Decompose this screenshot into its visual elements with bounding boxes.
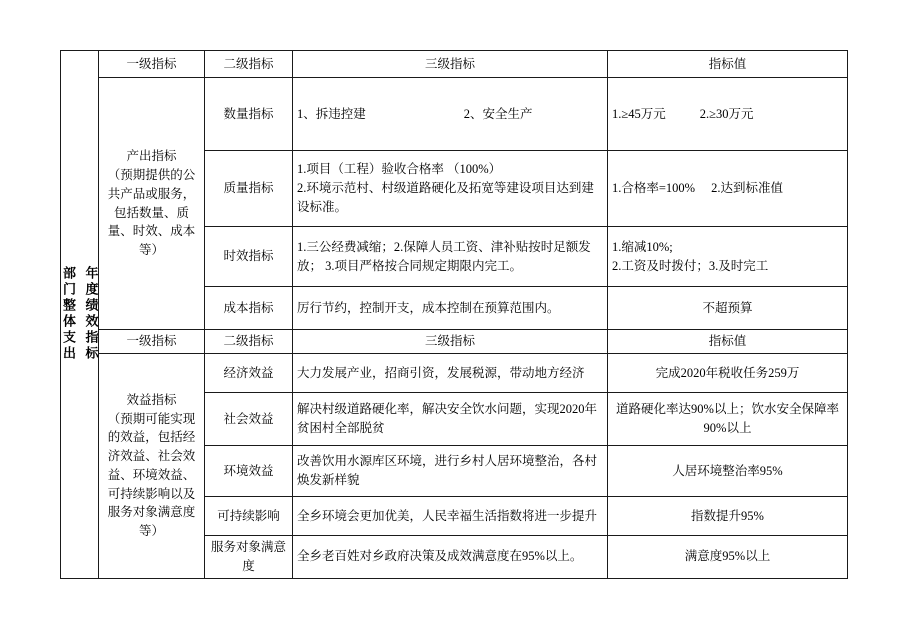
- level2-cell: 经济效益: [205, 354, 293, 393]
- level2-cell: 质量指标: [205, 151, 293, 227]
- indicator-cell: 厉行节约，控制开支，成本控制在预算范围内。: [293, 287, 608, 330]
- value-cell: 1.缩减10%; 2.工资及时拨付；3.及时完工: [608, 227, 848, 287]
- level1-note: （预期提供的公共产品或服务，包括数量、质量、时效、成本等）: [108, 168, 196, 257]
- level2-cell: 数量指标: [205, 78, 293, 151]
- level2-cell: 服务对象满意度: [205, 536, 293, 579]
- level2-cell: 成本指标: [205, 287, 293, 330]
- indicator-cell: 改善饮用水源库区环境，进行乡村人居环境整治，各村焕发新样貌: [293, 446, 608, 497]
- value-cell: 人居环境整治率95%: [608, 446, 848, 497]
- table-header-row: 一级指标 二级指标 三级指标 指标值: [61, 330, 848, 354]
- level1-title: 效益指标: [103, 391, 200, 410]
- side-label-right: 年度绩效指标: [81, 266, 99, 362]
- level1-cell-benefit: 效益指标 （预期可能实现的效益，包括经济效益、社会效益、环境效益、可持续影响以及…: [99, 354, 205, 579]
- table-row: 效益指标 （预期可能实现的效益，包括经济效益、社会效益、环境效益、可持续影响以及…: [61, 354, 848, 393]
- indicator-cell: 1、拆违控建2、安全生产: [293, 78, 608, 151]
- level2-cell: 社会效益: [205, 393, 293, 446]
- header-value: 指标值: [608, 51, 848, 78]
- header-level1: 一级指标: [99, 51, 205, 78]
- indicator-item-2: 2、安全生产: [464, 107, 533, 121]
- level2-cell: 环境效益: [205, 446, 293, 497]
- level1-note: （预期可能实现的效益，包括经济效益、社会效益、环境效益、可持续影响以及服务对象满…: [108, 412, 196, 539]
- document-page: 部门整体支出 年度绩效指标 一级指标 二级指标 三级指标 指标值 产出指标 （预…: [0, 0, 897, 634]
- indicator-cell: 解决村级道路硬化率，解决安全饮水问题，实现2020年贫困村全部脱贫: [293, 393, 608, 446]
- indicator-line-2: 2.环境示范村、村级道路硬化及拓宽等建设项目达到建设标准。: [297, 181, 594, 214]
- value-cell: 指数提升95%: [608, 497, 848, 536]
- side-vertical-label: 部门整体支出 年度绩效指标: [65, 266, 94, 362]
- side-label-left: 部门整体支出: [61, 266, 79, 362]
- value-item-1: 1.合格率=100%: [612, 181, 695, 195]
- table-row: 产出指标 （预期提供的公共产品或服务，包括数量、质量、时效、成本等） 数量指标 …: [61, 78, 848, 151]
- header-level1: 一级指标: [99, 330, 205, 354]
- level2-cell: 可持续影响: [205, 497, 293, 536]
- header-value: 指标值: [608, 330, 848, 354]
- level2-cell: 时效指标: [205, 227, 293, 287]
- value-cell: 完成2020年税收任务259万: [608, 354, 848, 393]
- indicator-line-1: 1.项目（工程）验收合格率 （100%）: [297, 160, 603, 179]
- value-item-1: 1.≥45万元: [612, 107, 666, 121]
- performance-indicator-table: 部门整体支出 年度绩效指标 一级指标 二级指标 三级指标 指标值 产出指标 （预…: [60, 50, 848, 579]
- value-cell: 1.≥45万元2.≥30万元: [608, 78, 848, 151]
- value-item-2: 2.达到标准值: [711, 181, 783, 195]
- table-header-row: 部门整体支出 年度绩效指标 一级指标 二级指标 三级指标 指标值: [61, 51, 848, 78]
- level1-title: 产出指标: [103, 147, 200, 166]
- indicator-cell: 1.项目（工程）验收合格率 （100%） 2.环境示范村、村级道路硬化及拓宽等建…: [293, 151, 608, 227]
- value-cell: 满意度95%以上: [608, 536, 848, 579]
- level1-cell-output: 产出指标 （预期提供的公共产品或服务，包括数量、质量、时效、成本等）: [99, 78, 205, 330]
- value-cell: 道路硬化率达90%以上；饮水安全保障率90%以上: [608, 393, 848, 446]
- indicator-cell: 全乡老百姓对乡政府决策及成效满意度在95%以上。: [293, 536, 608, 579]
- header-level3: 三级指标: [293, 51, 608, 78]
- indicator-cell: 大力发展产业，招商引资，发展税源，带动地方经济: [293, 354, 608, 393]
- value-line-1: 1.缩减10%;: [612, 238, 843, 257]
- header-level2: 二级指标: [205, 330, 293, 354]
- header-level3: 三级指标: [293, 330, 608, 354]
- value-cell: 1.合格率=100%2.达到标准值: [608, 151, 848, 227]
- side-vertical-label-cell: 部门整体支出 年度绩效指标: [61, 51, 99, 579]
- indicator-cell: 全乡环境会更加优美，人民幸福生活指数将进一步提升: [293, 497, 608, 536]
- value-cell: 不超预算: [608, 287, 848, 330]
- header-level2: 二级指标: [205, 51, 293, 78]
- indicator-item-1: 1、拆违控建: [297, 107, 366, 121]
- value-line-2: 2.工资及时拨付；3.及时完工: [612, 259, 768, 273]
- indicator-cell: 1.三公经费减缩；2.保障人员工资、津补贴按时足额发放； 3.项目严格按合同规定…: [293, 227, 608, 287]
- value-item-2: 2.≥30万元: [700, 107, 754, 121]
